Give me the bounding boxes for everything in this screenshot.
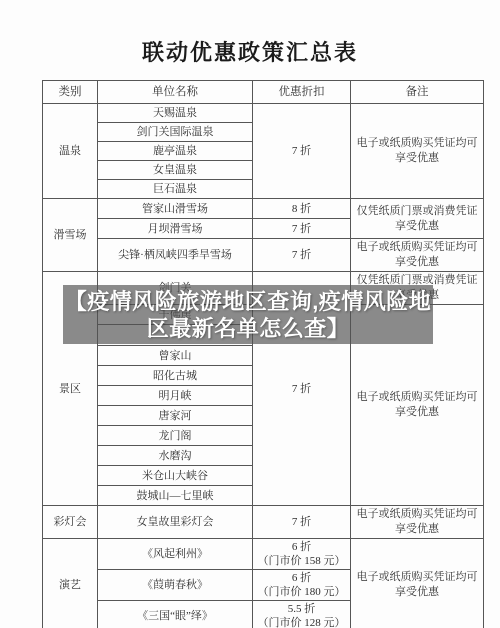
unit-cell: 鼓城山—七里峡 xyxy=(98,486,253,506)
unit-cell: 鹿亭温泉 xyxy=(98,142,253,161)
list-price: （门市价 128 元） xyxy=(257,616,346,628)
category-cell: 滑雪场 xyxy=(43,199,98,272)
title-area: 联动优惠政策汇总表 xyxy=(0,0,500,80)
remark-cell: 电子或纸质购买凭证均可享受优惠 xyxy=(351,104,484,199)
header-unit: 单位名称 xyxy=(98,81,253,104)
discount-cell: 7 折 xyxy=(253,104,351,199)
unit-cell: 龙门阁 xyxy=(98,426,253,446)
category-cell: 彩灯会 xyxy=(43,506,98,539)
discount-cell: 6 折 （门市价 158 元） xyxy=(253,539,351,570)
unit-cell: 巨石温泉 xyxy=(98,180,253,199)
list-price: （门市价 180 元） xyxy=(257,585,346,599)
unit-cell: 女皇温泉 xyxy=(98,161,253,180)
unit-cell: 唐家河 xyxy=(98,406,253,426)
remark-cell: 电子或纸质购买凭证均可享受优惠 xyxy=(351,506,484,539)
discount-cell: 7 折 xyxy=(253,219,351,239)
unit-cell: 《葭萌春秋》 xyxy=(98,570,253,601)
unit-cell: 尖锋·栖凤峡四季旱雪场 xyxy=(98,239,253,272)
page-title: 联动优惠政策汇总表 xyxy=(0,36,500,67)
table-row: 彩灯会 女皇故里彩灯会 7 折 电子或纸质购买凭证均可享受优惠 xyxy=(43,506,484,539)
discount-value: 5.5 折 xyxy=(257,602,346,616)
unit-cell: 曾家山 xyxy=(98,346,253,366)
discount-cell: 7 折 xyxy=(253,239,351,272)
discount-cell: 5.5 折 （门市价 128 元） xyxy=(253,601,351,628)
header-category: 类别 xyxy=(43,81,98,104)
category-cell: 温泉 xyxy=(43,104,98,199)
table-row: 滑雪场 管家山滑雪场 8 折 仅凭纸质门票或消费凭证享受优惠 xyxy=(43,199,484,219)
unit-cell: 水磨沟 xyxy=(98,446,253,466)
unit-cell: 《三国“眼”绎》 xyxy=(98,601,253,628)
table-row: 温泉 天赐温泉 7 折 电子或纸质购买凭证均可享受优惠 xyxy=(43,104,484,123)
discount-cell: 7 折 xyxy=(253,506,351,539)
watermark-overlay: 【疫情风险旅游地区查询,疫情风险地 区最新名单怎么查】 xyxy=(63,285,433,344)
document-page: 联动优惠政策汇总表 类别 单位名称 优惠折扣 备注 温泉 天赐温泉 7 折 电子… xyxy=(0,0,500,628)
table-row: 尖锋·栖凤峡四季旱雪场 7 折 电子或纸质购买凭证均可享受优惠 xyxy=(43,239,484,272)
table-row: 演艺 《风起利州》 6 折 （门市价 158 元） 电子或纸质购买凭证均可享受优… xyxy=(43,539,484,570)
list-price: （门市价 158 元） xyxy=(257,554,346,568)
unit-cell: 剑门关国际温泉 xyxy=(98,123,253,142)
discount-cell: 6 折 （门市价 180 元） xyxy=(253,570,351,601)
unit-cell: 月坝滑雪场 xyxy=(98,219,253,239)
unit-cell: 《风起利州》 xyxy=(98,539,253,570)
unit-cell: 管家山滑雪场 xyxy=(98,199,253,219)
category-cell: 演艺 xyxy=(43,539,98,628)
header-remark: 备注 xyxy=(351,81,484,104)
discount-value: 6 折 xyxy=(257,540,346,554)
discount-cell: 8 折 xyxy=(253,199,351,219)
unit-cell: 女皇故里彩灯会 xyxy=(98,506,253,539)
remark-cell: 电子或纸质购买凭证均可享受优惠 xyxy=(351,239,484,272)
discount-value: 6 折 xyxy=(257,571,346,585)
unit-cell: 明月峡 xyxy=(98,386,253,406)
policy-table: 类别 单位名称 优惠折扣 备注 温泉 天赐温泉 7 折 电子或纸质购买凭证均可享… xyxy=(42,80,484,628)
header-discount: 优惠折扣 xyxy=(253,81,351,104)
remark-cell: 仅凭纸质门票或消费凭证享受优惠 xyxy=(351,199,484,239)
unit-cell: 天赐温泉 xyxy=(98,104,253,123)
table-header-row: 类别 单位名称 优惠折扣 备注 xyxy=(43,81,484,104)
watermark-line1: 【疫情风险旅游地区查询,疫情风险地 xyxy=(63,288,433,315)
unit-cell: 昭化古城 xyxy=(98,366,253,386)
unit-cell: 米仓山大峡谷 xyxy=(98,466,253,486)
watermark-line2: 区最新名单怎么查】 xyxy=(63,315,433,342)
remark-cell: 电子或纸质购买凭证均可享受优惠 xyxy=(351,539,484,628)
